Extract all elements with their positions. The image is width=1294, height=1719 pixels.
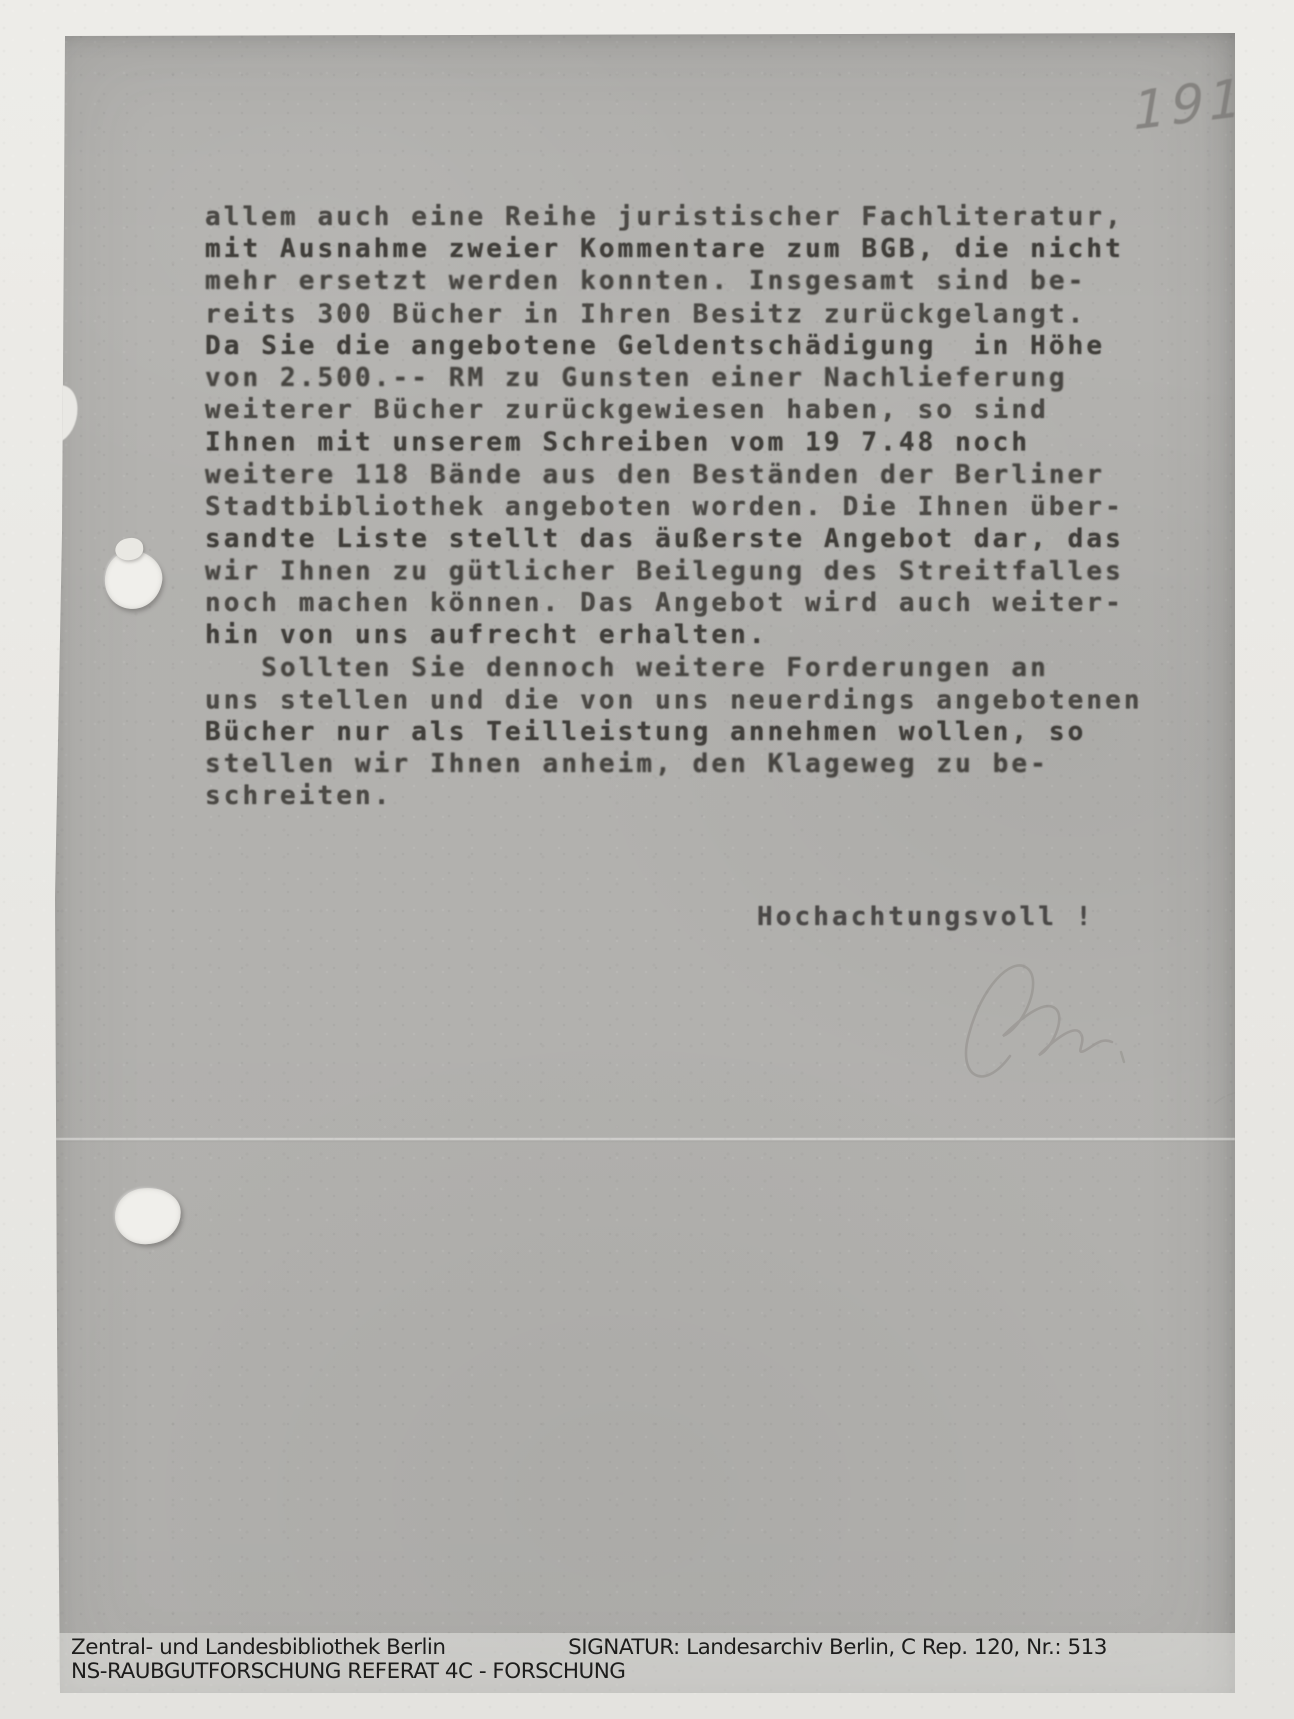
footer-institution: Zentral- und Landesbibliothek Berlin xyxy=(71,1636,625,1660)
typed-line: weitere 118 Bände aus den Beständen der … xyxy=(205,459,1215,491)
typed-text-block: allem auch eine Reihe juristischer Fachl… xyxy=(205,201,1215,813)
scanned-document-page: 191 allem auch eine Reihe juristischer F… xyxy=(0,0,1294,1719)
signature-scrawl-icon xyxy=(915,938,1294,1148)
typed-line: mehr ersetzt werden konnten. Insgesamt s… xyxy=(205,265,1215,297)
typed-line: Da Sie die angebotene Geldentschädigung … xyxy=(205,330,1215,362)
typed-line: Sollten Sie dennoch weitere Forderungen … xyxy=(205,652,1215,684)
typed-line: schreiten. xyxy=(205,780,1215,812)
footer-signatur: SIGNATUR: Landesarchiv Berlin, C Rep. 12… xyxy=(568,1636,1107,1660)
typed-line: reits 300 Bücher in Ihren Besitz zurückg… xyxy=(205,298,1215,330)
punch-hole-top xyxy=(101,547,166,612)
closing-salutation: Hochachtungsvoll ! xyxy=(757,902,1095,932)
typed-line: stellen wir Ihnen anheim, den Klageweg z… xyxy=(205,748,1215,780)
typed-line: weiterer Bücher zurückgewiesen haben, so… xyxy=(205,394,1215,426)
archive-footer: Zentral- und Landesbibliothek Berlin NS-… xyxy=(55,1633,1235,1693)
typed-line: von 2.500.-- RM zu Gunsten einer Nachlie… xyxy=(205,362,1215,394)
typed-line: Ihnen mit unserem Schreiben vom 19 7.48 … xyxy=(205,427,1215,459)
typed-line: mit Ausnahme zweier Kommentare zum BGB, … xyxy=(205,233,1215,265)
typed-line: wir Ihnen zu gütlicher Beilegung des Str… xyxy=(205,556,1215,588)
typed-line: uns stellen und die von uns neuerdings a… xyxy=(205,684,1215,716)
footer-left-block: Zentral- und Landesbibliothek Berlin NS-… xyxy=(71,1636,625,1683)
punch-hole-bottom xyxy=(112,1185,183,1248)
typed-line: hin von uns aufrecht erhalten. xyxy=(205,619,1215,651)
typed-line: Bücher nur als Teilleistung annehmen wol… xyxy=(205,716,1215,748)
letter-paper: 191 allem auch eine Reihe juristischer F… xyxy=(55,33,1235,1693)
typed-line: Stadtbibliothek angeboten worden. Die Ih… xyxy=(205,491,1215,523)
handwritten-page-number: 191 xyxy=(1133,68,1247,142)
footer-department: NS-RAUBGUTFORSCHUNG REFERAT 4C - FORSCHU… xyxy=(71,1660,625,1684)
typed-line: allem auch eine Reihe juristischer Fachl… xyxy=(205,201,1215,233)
typed-line: sandte Liste stellt das äußerste Angebot… xyxy=(205,523,1215,555)
typed-line: noch machen können. Das Angebot wird auc… xyxy=(205,587,1215,619)
paper-edge-notch xyxy=(33,381,84,446)
